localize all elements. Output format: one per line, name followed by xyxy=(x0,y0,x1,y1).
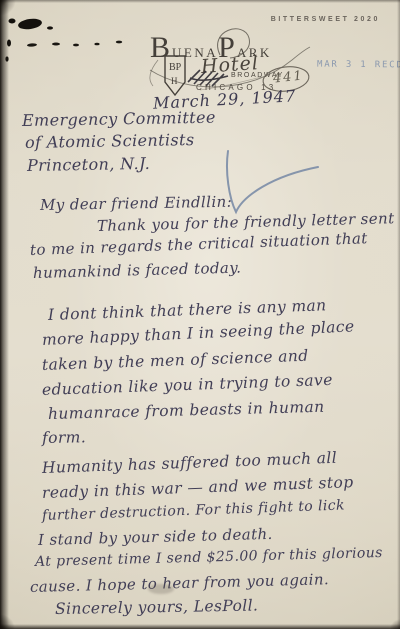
recipient-line: of Atomic Scientists xyxy=(25,130,195,152)
recipient-line: Princeton, N.J. xyxy=(27,154,150,175)
recipient-line: Emergency Committee xyxy=(22,108,216,130)
signature-line: Sincerely yours, LesPoll. xyxy=(55,596,259,618)
body-line: form. xyxy=(42,428,86,447)
scanned-letter-photo: BITTERSWEET 2020 BUENAPARK Hotel BP H BR… xyxy=(0,0,400,629)
ink-smudge xyxy=(148,584,174,594)
salutation-line: My dear friend Eindllin: xyxy=(40,193,232,214)
